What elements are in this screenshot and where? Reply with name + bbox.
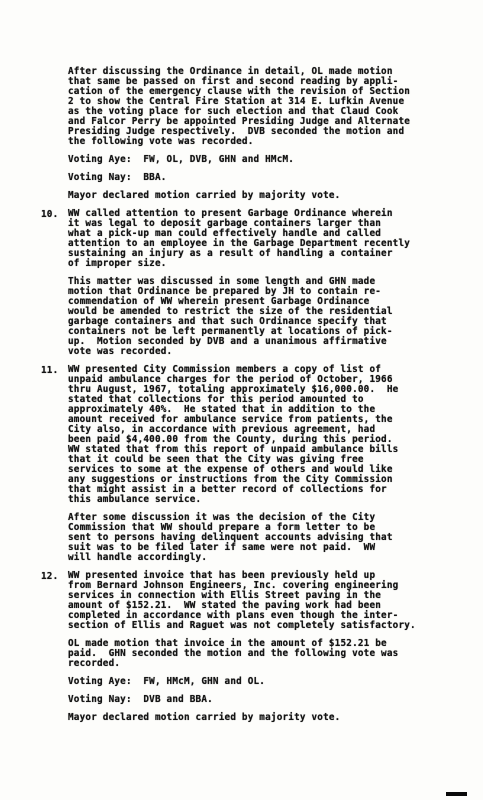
minutes-paragraph: Mayor declared motion carried by majorit…	[68, 713, 443, 723]
item-number: 10.	[41, 209, 58, 220]
minutes-numbered-item: 11.WW presented City Commission members …	[68, 365, 443, 505]
paragraph-text: Mayor declared motion carried by majorit…	[68, 191, 443, 201]
scan-edge-mark	[446, 792, 467, 796]
paragraph-text: After discussing the Ordinance in detail…	[68, 67, 443, 147]
minutes-paragraph: Voting Aye: FW, OL, DVB, GHN and HMcM.	[68, 155, 443, 165]
paragraph-text: Voting Aye: FW, HMcM, GHN and OL.	[68, 677, 443, 687]
paragraph-text: OL made motion that invoice in the amoun…	[68, 639, 443, 669]
paragraph-text: Voting Nay: BBA.	[68, 173, 443, 183]
minutes-paragraph: This matter was discussed in some length…	[68, 277, 443, 357]
minutes-numbered-item: 12.WW presented invoice that has been pr…	[68, 571, 443, 631]
minutes-paragraph: After some discussion it was the decisio…	[68, 513, 443, 563]
paragraph-text: This matter was discussed in some length…	[68, 277, 443, 357]
minutes-paragraph: After discussing the Ordinance in detail…	[68, 67, 443, 147]
paragraph-text: After some discussion it was the decisio…	[68, 513, 443, 563]
paragraph-text: WW presented City Commission members a c…	[68, 365, 443, 505]
document-page: After discussing the Ordinance in detail…	[0, 0, 483, 800]
item-number: 11.	[41, 365, 58, 376]
minutes-paragraph: Mayor declared motion carried by majorit…	[68, 191, 443, 201]
minutes-numbered-item: 10.WW called attention to present Garbag…	[68, 209, 443, 269]
item-number: 12.	[41, 571, 58, 582]
minutes-text-column: After discussing the Ordinance in detail…	[68, 67, 443, 731]
paragraph-text: Voting Nay: DVB and BBA.	[68, 695, 443, 705]
paragraph-text: Voting Aye: FW, OL, DVB, GHN and HMcM.	[68, 155, 443, 165]
paragraph-text: WW presented invoice that has been previ…	[68, 571, 443, 631]
minutes-paragraph: Voting Nay: DVB and BBA.	[68, 695, 443, 705]
minutes-paragraph: Voting Aye: FW, HMcM, GHN and OL.	[68, 677, 443, 687]
minutes-paragraph: Voting Nay: BBA.	[68, 173, 443, 183]
paragraph-text: WW called attention to present Garbage O…	[68, 209, 443, 269]
minutes-paragraph: OL made motion that invoice in the amoun…	[68, 639, 443, 669]
paragraph-text: Mayor declared motion carried by majorit…	[68, 713, 443, 723]
